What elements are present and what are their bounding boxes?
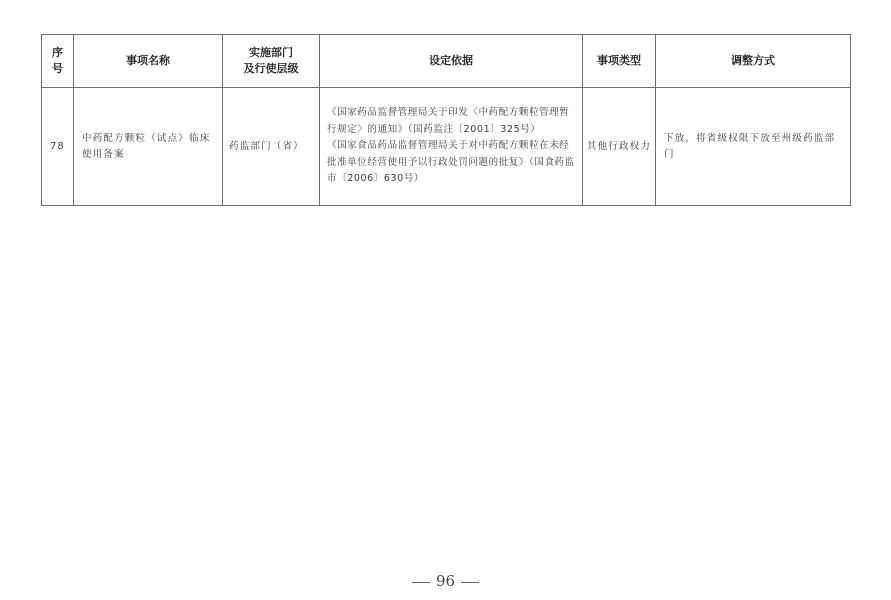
header-legal-basis: 设定依据 bbox=[320, 35, 583, 88]
footer-dash-right bbox=[461, 582, 479, 583]
page-number: 96 bbox=[436, 572, 455, 590]
cell-serial-number: 78 bbox=[42, 88, 74, 206]
cell-item-name: 中药配方颗粒（试点）临床使用备案 bbox=[74, 88, 223, 206]
legal-basis-entry: 《国家食品药品监督管理局关于对中药配方颗粒在未经批准单位经营使用予以行政处罚问题… bbox=[327, 138, 577, 188]
header-department: 实施部门 及行使层级 bbox=[223, 35, 320, 88]
header-item-type: 事项类型 bbox=[583, 35, 656, 88]
table-row: 78 中药配方颗粒（试点）临床使用备案 药监部门（省） 《国家药品监督管理局关于… bbox=[42, 88, 851, 206]
cell-adjustment: 下放，将省级权限下放至州级药监部门 bbox=[656, 88, 851, 206]
header-item-name: 事项名称 bbox=[74, 35, 223, 88]
table-header-row: 序 号 事项名称 实施部门 及行使层级 设定依据 事项类型 调整方式 bbox=[42, 35, 851, 88]
cell-item-type: 其他行政权力 bbox=[583, 88, 656, 206]
footer-dash-left bbox=[412, 582, 430, 583]
items-table: 序 号 事项名称 实施部门 及行使层级 设定依据 事项类型 调整方式 78 中药… bbox=[41, 34, 851, 206]
page-footer: 96 bbox=[0, 572, 891, 590]
document-page: 序 号 事项名称 实施部门 及行使层级 设定依据 事项类型 调整方式 78 中药… bbox=[0, 0, 891, 600]
header-adjustment: 调整方式 bbox=[656, 35, 851, 88]
legal-basis-entry: 《国家药品监督管理局关于印发〈中药配方颗粒管理暂行规定〉的通知》（国药监注〔20… bbox=[327, 105, 577, 138]
cell-legal-basis: 《国家药品监督管理局关于印发〈中药配方颗粒管理暂行规定〉的通知》（国药监注〔20… bbox=[320, 88, 583, 206]
header-serial-number: 序 号 bbox=[42, 35, 74, 88]
cell-department: 药监部门（省） bbox=[223, 88, 320, 206]
